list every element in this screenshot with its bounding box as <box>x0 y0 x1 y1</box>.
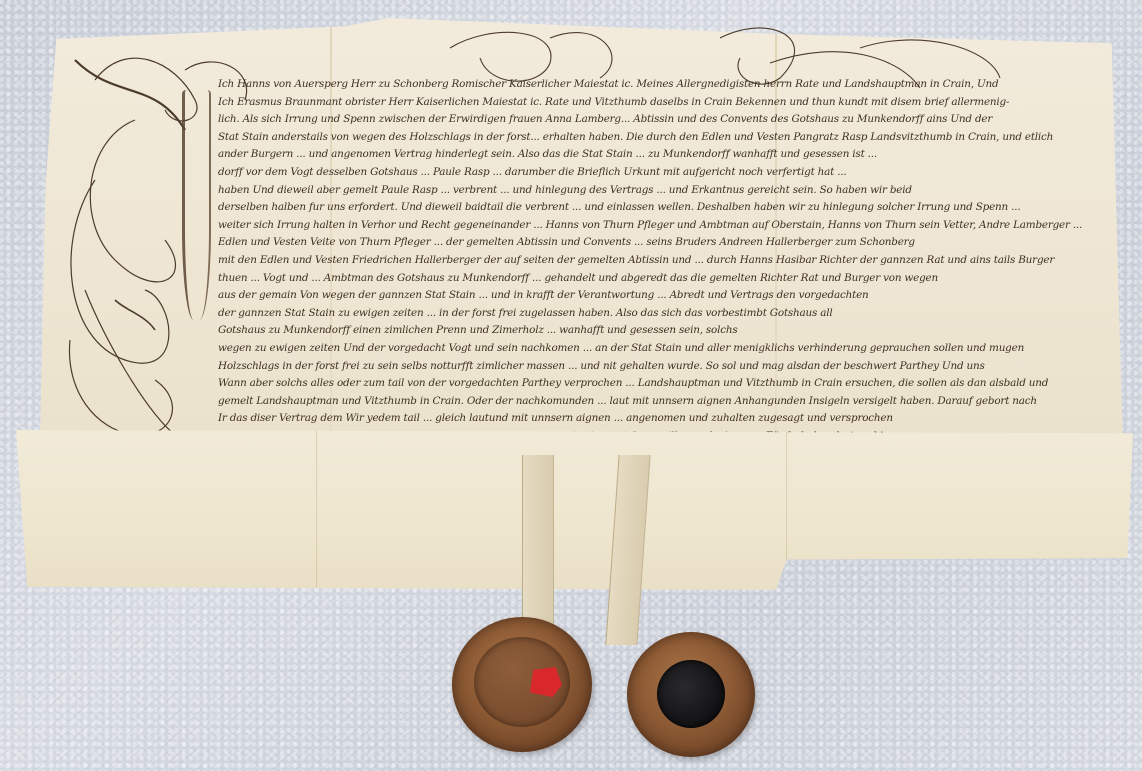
black-wax-impression <box>657 660 725 728</box>
text-line: gemelt Landshauptman und Vitzthumb in Cr… <box>218 393 1098 411</box>
text-line: Edlen und Vesten Veite von Thurn Pfleger… <box>218 234 1098 252</box>
text-line: Ich Hanns von Auersperg Herr zu Schonber… <box>218 76 1098 94</box>
text-line: Gotshaus zu Munkendorff einen zimlichen … <box>218 322 1098 340</box>
text-line: derselben halben fur uns erfordert. Und … <box>218 199 1098 217</box>
wax-seal-left <box>452 617 592 752</box>
text-line: lich. Als sich Irrung und Spenn zwischen… <box>218 111 1098 129</box>
text-line: Ich Erasmus Braunmant obrister Herr Kais… <box>218 94 1098 112</box>
plica-crease <box>316 430 317 590</box>
text-line: Ir das diser Vertrag dem Wir yedem tail … <box>218 410 1098 428</box>
charter-text: Ich Hanns von Auersperg Herr zu Schonber… <box>218 76 1098 445</box>
text-line: mit den Edlen und Vesten Friedrichen Hal… <box>218 252 1098 270</box>
text-line: aus der gemain Von wegen der gannzen Sta… <box>218 287 1098 305</box>
text-line: wegen zu ewigen zeiten Und der vorgedach… <box>218 340 1098 358</box>
decorated-initial-letter <box>182 90 211 320</box>
text-line: der gannzen Stat Stain zu ewigen zeiten … <box>218 305 1098 323</box>
text-line: haben Und dieweil aber gemelt Paule Rasp… <box>218 182 1098 200</box>
text-line: thuen ... Vogt und ... Ambtman des Gotsh… <box>218 270 1098 288</box>
text-line: Stat Stain anderstails von wegen des Hol… <box>218 129 1098 147</box>
text-line: weiter sich Irrung halten in Verhor und … <box>218 217 1098 235</box>
text-line: dorff vor dem Vogt desselben Gotshaus ..… <box>218 164 1098 182</box>
text-line: Holzschlags in der forst frei zu sein se… <box>218 358 1098 376</box>
wax-seal-right <box>627 632 755 757</box>
seal-tag-left <box>522 455 554 630</box>
text-line: Wann aber solchs alles oder zum tail von… <box>218 375 1098 393</box>
text-line: ander Burgern ... und angenomen Vertrag … <box>218 146 1098 164</box>
